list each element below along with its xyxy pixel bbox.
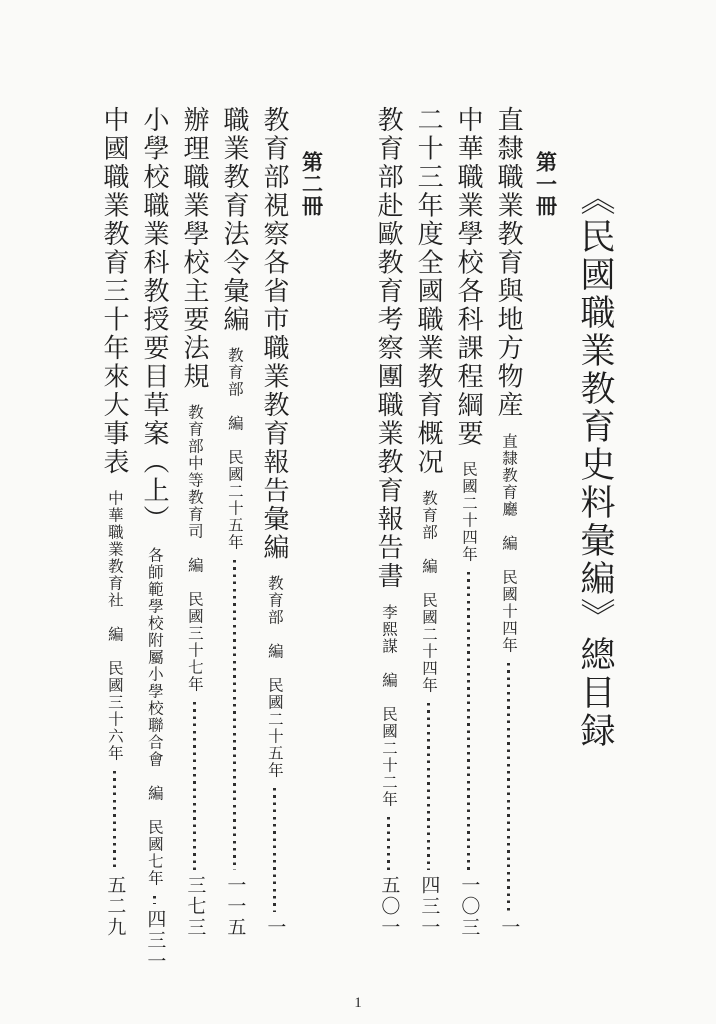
dotted-leader: [193, 702, 196, 870]
dotted-leader: [507, 663, 510, 913]
toc-entry: 職業教育法令彙編教育部 編 民國二十五年一一五: [219, 106, 249, 938]
dotted-leader: [427, 703, 430, 871]
entry-editor-and-year: 教育部 編 民國二十五年: [226, 347, 243, 551]
toc-entry: 小學校職業科教授要目草案（上）各師範學校附屬小學校聯合會 編 民國七年四三一: [139, 106, 169, 938]
entry-page-number: 四三一: [144, 909, 164, 972]
entry-editor-and-year: 李熙謀 編 民國二十二年: [380, 604, 397, 808]
entry-title: 職業教育法令彙編: [221, 106, 248, 334]
entry-editor-and-year: 直隸教育廳 編 民國十四年: [500, 433, 517, 654]
entry-page-number: 五二九: [104, 875, 124, 938]
toc-entry: 辦理職業學校主要法規教育部中等教育司 編 民國三十七年三七三: [179, 106, 209, 938]
dotted-leader: [113, 771, 116, 871]
entry-page-number: 一〇三: [458, 875, 478, 938]
toc-entry: 中華職業學校各科課程綱要民國二十四年一〇三: [453, 106, 483, 938]
entry-editor-and-year: 民國二十四年: [460, 461, 477, 563]
entry-title: 中國職業教育三十年來大事表: [101, 106, 128, 477]
entry-page-number: 一: [498, 917, 518, 938]
dotted-leader: [387, 817, 390, 871]
book-title: 《民國職業教育史料彙編》總目録: [576, 180, 615, 750]
entry-title: 中華職業學校各科課程綱要: [455, 106, 482, 448]
table-of-contents: 《民國職業教育史料彙編》總目録 第一冊直隸職業教育與地方物産直隸教育廳 編 民國…: [99, 106, 614, 938]
toc-entry: 二十三年度全國職業教育概况教育部 編 民國二十四年四三一: [413, 106, 443, 938]
entry-editor-and-year: 各師範學校附屬小學校聯合會 編 民國七年: [146, 547, 163, 887]
entry-title: 直隸職業教育與地方物産: [495, 106, 522, 420]
dotted-leader: [273, 788, 276, 912]
entry-editor-and-year: 教育部 編 民國二十四年: [420, 490, 437, 694]
entry-editor-and-year: 中華職業教育社 編 民國三十六年: [106, 490, 123, 762]
entry-title: 小學校職業科教授要目草案（上）: [141, 106, 168, 534]
entry-page-number: 一一五: [224, 875, 244, 938]
toc-entry: 直隸職業教育與地方物産直隸教育廳 編 民國十四年一: [493, 106, 523, 938]
entry-page-number: 三七三: [184, 875, 204, 938]
scanned-page: 《民國職業教育史料彙編》總目録 第一冊直隸職業教育與地方物産直隸教育廳 編 民國…: [0, 0, 716, 1024]
entry-editor-and-year: 教育部中等教育司 編 民國三十七年: [186, 404, 203, 693]
dotted-leader: [233, 560, 236, 870]
entry-title: 教育部赴歐教育考察團職業教育報告書: [375, 106, 402, 591]
entry-page-number: 五〇一: [378, 875, 398, 938]
entry-page-number: 一: [264, 917, 284, 938]
volume-heading: 第二冊: [299, 151, 321, 217]
toc-entry: 中國職業教育三十年來大事表中華職業教育社 編 民國三十六年五二九: [99, 106, 129, 938]
toc-entry: 教育部視察各省市職業教育報告彙編教育部 編 民國二十五年一: [259, 106, 289, 938]
dotted-leader: [467, 572, 470, 870]
footer-page-number: 1: [0, 995, 716, 1012]
entry-title: 教育部視察各省市職業教育報告彙編: [261, 106, 288, 562]
volume-heading: 第一冊: [533, 151, 555, 217]
toc-entry: 教育部赴歐教育考察團職業教育報告書李熙謀 編 民國二十二年五〇一: [373, 106, 403, 938]
entry-title: 二十三年度全國職業教育概况: [415, 106, 442, 477]
dotted-leader: [153, 896, 156, 904]
entry-title: 辦理職業學校主要法規: [181, 106, 208, 391]
entry-page-number: 四三一: [418, 875, 438, 938]
entry-editor-and-year: 教育部 編 民國二十五年: [266, 575, 283, 779]
